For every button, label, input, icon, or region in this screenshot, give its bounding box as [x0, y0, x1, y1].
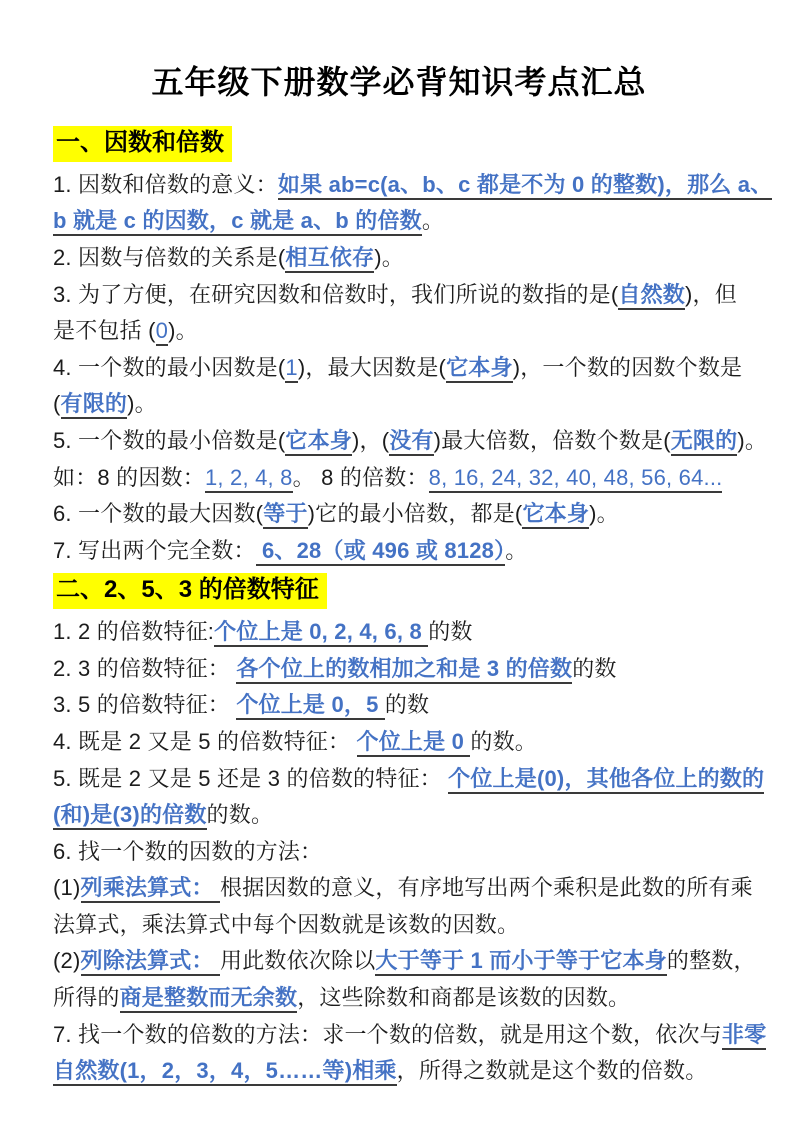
text-line: (和)是(3)的倍数的数。: [53, 797, 745, 834]
answer-blank: 1, 2, 4, 8: [205, 465, 293, 493]
text-segment: )。: [168, 318, 198, 343]
text-segment: 2. 因数与倍数的关系是(: [53, 245, 285, 270]
text-segment: ，这些除数和商都是该数的因数。: [297, 985, 630, 1010]
answer-blank: 8, 16, 24, 32, 40, 48, 56, 64...: [429, 465, 723, 493]
text-line: 5. 既是 2 又是 5 还是 3 的倍数的特征： 个位上是(0)，其他各位上的…: [53, 761, 745, 798]
text-line: 如：8 的因数：1, 2, 4, 8。 8 的倍数：8, 16, 24, 32,…: [53, 460, 745, 497]
document-page: 五年级下册数学必背知识考点汇总 一、因数和倍数1. 因数和倍数的意义：如果 ab…: [0, 0, 793, 1122]
answer-blank: 个位上是 0，5: [236, 692, 385, 720]
text-segment: )，(: [352, 428, 389, 453]
answer-blank: 无限的: [671, 428, 738, 456]
text-segment: 如：8 的因数：: [53, 465, 205, 490]
text-segment: )，最大因数是(: [298, 355, 446, 380]
answer-blank: 6、28（或 496 或 8128）: [256, 538, 506, 566]
answer-blank: 自然数: [618, 282, 685, 310]
text-segment: 用此数依次除以: [220, 948, 375, 973]
answer-blank: 个位上是 0: [357, 729, 471, 757]
answer-blank: 等于: [263, 501, 307, 529]
text-segment: 4. 既是 2 又是 5 的倍数特征：: [53, 729, 357, 754]
text-segment: 3. 为了方便，在研究因数和倍数时，我们所说的数指的是(: [53, 282, 618, 307]
text-line: 所得的商是整数而无余数，这些除数和商都是该数的因数。: [53, 980, 745, 1017]
text-line: b 就是 c 的因数，c 就是 a、b 的倍数。: [53, 203, 745, 240]
text-line: (有限的)。: [53, 386, 745, 423]
section-heading: 一、因数和倍数: [53, 126, 232, 162]
text-line: 3. 为了方便，在研究因数和倍数时，我们所说的数指的是(自然数)，但: [53, 277, 745, 314]
text-line: 5. 一个数的最小倍数是(它本身)，(没有)最大倍数，倍数个数是(无限的)。: [53, 423, 745, 460]
answer-blank: 0: [156, 318, 168, 346]
text-segment: ，所得之数就是这个数的倍数。: [397, 1058, 708, 1083]
answer-blank: b 就是 c 的因数，c 就是 a、b 的倍数: [53, 208, 422, 236]
text-segment: 的数。: [470, 729, 537, 754]
text-line: 6. 一个数的最大因数(等于)它的最小倍数，都是(它本身)。: [53, 496, 745, 533]
text-segment: 法算式，乘法算式中每个因数就是该数的因数。: [53, 912, 519, 937]
text-segment: 。 8 的倍数：: [293, 465, 429, 490]
text-segment: 4. 一个数的最小因数是(: [53, 355, 285, 380]
answer-blank: (和)是(3)的倍数: [53, 802, 207, 830]
text-segment: 5. 一个数的最小倍数是(: [53, 428, 285, 453]
text-segment: 的数: [572, 656, 616, 681]
text-line: 2. 3 的倍数特征： 各个位上的数相加之和是 3 的倍数的数: [53, 651, 745, 688]
text-segment: )。: [589, 501, 619, 526]
text-segment: (: [53, 391, 61, 416]
text-segment: 7. 找一个数的倍数的方法：求一个数的倍数，就是用这个数，依次与: [53, 1022, 722, 1047]
text-line: (2)列除法算式： 用此数依次除以大于等于 1 而小于等于它本身的整数，: [53, 943, 745, 980]
text-line: 1. 因数和倍数的意义：如果 ab=c(a、b、c 都是不为 0 的整数)，那么…: [53, 167, 745, 204]
text-line: 是不包括 (0)。: [53, 313, 745, 350]
answer-blank: 没有: [389, 428, 433, 456]
text-segment: )最大倍数，倍数个数是(: [434, 428, 671, 453]
text-segment: (2): [53, 948, 81, 973]
text-line: 1. 2 的倍数特征:个位上是 0, 2, 4, 6, 8 的数: [53, 614, 745, 651]
section: 二、2、5、3 的倍数特征1. 2 的倍数特征:个位上是 0, 2, 4, 6,…: [53, 569, 745, 1090]
text-segment: 1. 因数和倍数的意义：: [53, 172, 278, 197]
text-segment: 7. 写出两个完全数：: [53, 538, 256, 563]
text-segment: 。: [505, 538, 527, 563]
text-segment: )。: [127, 391, 157, 416]
section-heading: 二、2、5、3 的倍数特征: [53, 573, 327, 609]
answer-blank: 个位上是(0)，其他各位上的数的: [448, 766, 764, 794]
answer-blank: 列乘法算式：: [81, 875, 221, 903]
answer-blank: 列除法算式：: [81, 948, 221, 976]
text-line: 7. 找一个数的倍数的方法：求一个数的倍数，就是用这个数，依次与非零: [53, 1017, 745, 1054]
answer-blank: 商是整数而无余数: [120, 985, 298, 1013]
answer-blank: 非零: [722, 1022, 766, 1050]
text-segment: 6. 一个数的最大因数(: [53, 501, 263, 526]
answer-blank: 各个位上的数相加之和是 3 的倍数: [236, 656, 572, 684]
text-segment: 根据因数的意义，有序地写出两个乘积是此数的所有乘: [220, 875, 753, 900]
answer-blank: 自然数(1，2，3，4，5……等)相乘: [53, 1058, 397, 1086]
text-line: 4. 既是 2 又是 5 的倍数特征： 个位上是 0 的数。: [53, 724, 745, 761]
text-line: 3. 5 的倍数特征： 个位上是 0，5 的数: [53, 687, 745, 724]
answer-blank: 如果 ab=c(a、b、c 都是不为 0 的整数)，那么 a、: [278, 172, 773, 200]
text-segment: 的数。: [207, 802, 274, 827]
page-title: 五年级下册数学必背知识考点汇总: [53, 62, 745, 102]
text-segment: )，一个数的因数个数是: [513, 355, 743, 380]
text-segment: 6. 找一个数的因数的方法：: [53, 839, 322, 864]
text-segment: 的数: [385, 692, 429, 717]
text-segment: 的整数，: [667, 948, 756, 973]
text-segment: )。: [374, 245, 404, 270]
answer-blank: 它本身: [285, 428, 352, 456]
text-line: 4. 一个数的最小因数是(1)，最大因数是(它本身)，一个数的因数个数是: [53, 350, 745, 387]
text-segment: )它的最小倍数，都是(: [308, 501, 523, 526]
answer-blank: 1: [285, 355, 297, 383]
answer-blank: 相互依存: [285, 245, 374, 273]
document-body: 一、因数和倍数1. 因数和倍数的意义：如果 ab=c(a、b、c 都是不为 0 …: [53, 122, 745, 1090]
answer-blank: 它本身: [522, 501, 589, 529]
text-segment: 5. 既是 2 又是 5 还是 3 的倍数的特征：: [53, 766, 448, 791]
text-line: 2. 因数与倍数的关系是(相互依存)。: [53, 240, 745, 277]
text-segment: 1. 2 的倍数特征:: [53, 619, 214, 644]
answer-blank: 有限的: [61, 391, 128, 419]
text-segment: )。: [737, 428, 767, 453]
text-segment: 的数: [428, 619, 472, 644]
answer-blank: 个位上是 0, 2, 4, 6, 8: [214, 619, 428, 647]
answer-blank: 它本身: [446, 355, 513, 383]
text-segment: )，但: [685, 282, 737, 307]
text-line: 6. 找一个数的因数的方法：: [53, 834, 745, 871]
text-line: 7. 写出两个完全数： 6、28（或 496 或 8128）。: [53, 533, 745, 570]
text-segment: (1): [53, 875, 81, 900]
answer-blank: 大于等于 1 而小于等于它本身: [375, 948, 666, 976]
text-line: 法算式，乘法算式中每个因数就是该数的因数。: [53, 907, 745, 944]
text-line: (1)列乘法算式： 根据因数的意义，有序地写出两个乘积是此数的所有乘: [53, 870, 745, 907]
text-line: 自然数(1，2，3，4，5……等)相乘，所得之数就是这个数的倍数。: [53, 1053, 745, 1090]
text-segment: 。: [422, 208, 444, 233]
section: 一、因数和倍数1. 因数和倍数的意义：如果 ab=c(a、b、c 都是不为 0 …: [53, 122, 745, 569]
text-segment: 2. 3 的倍数特征：: [53, 656, 236, 681]
text-segment: 是不包括 (: [53, 318, 156, 343]
text-segment: 3. 5 的倍数特征：: [53, 692, 236, 717]
text-segment: 所得的: [53, 985, 120, 1010]
